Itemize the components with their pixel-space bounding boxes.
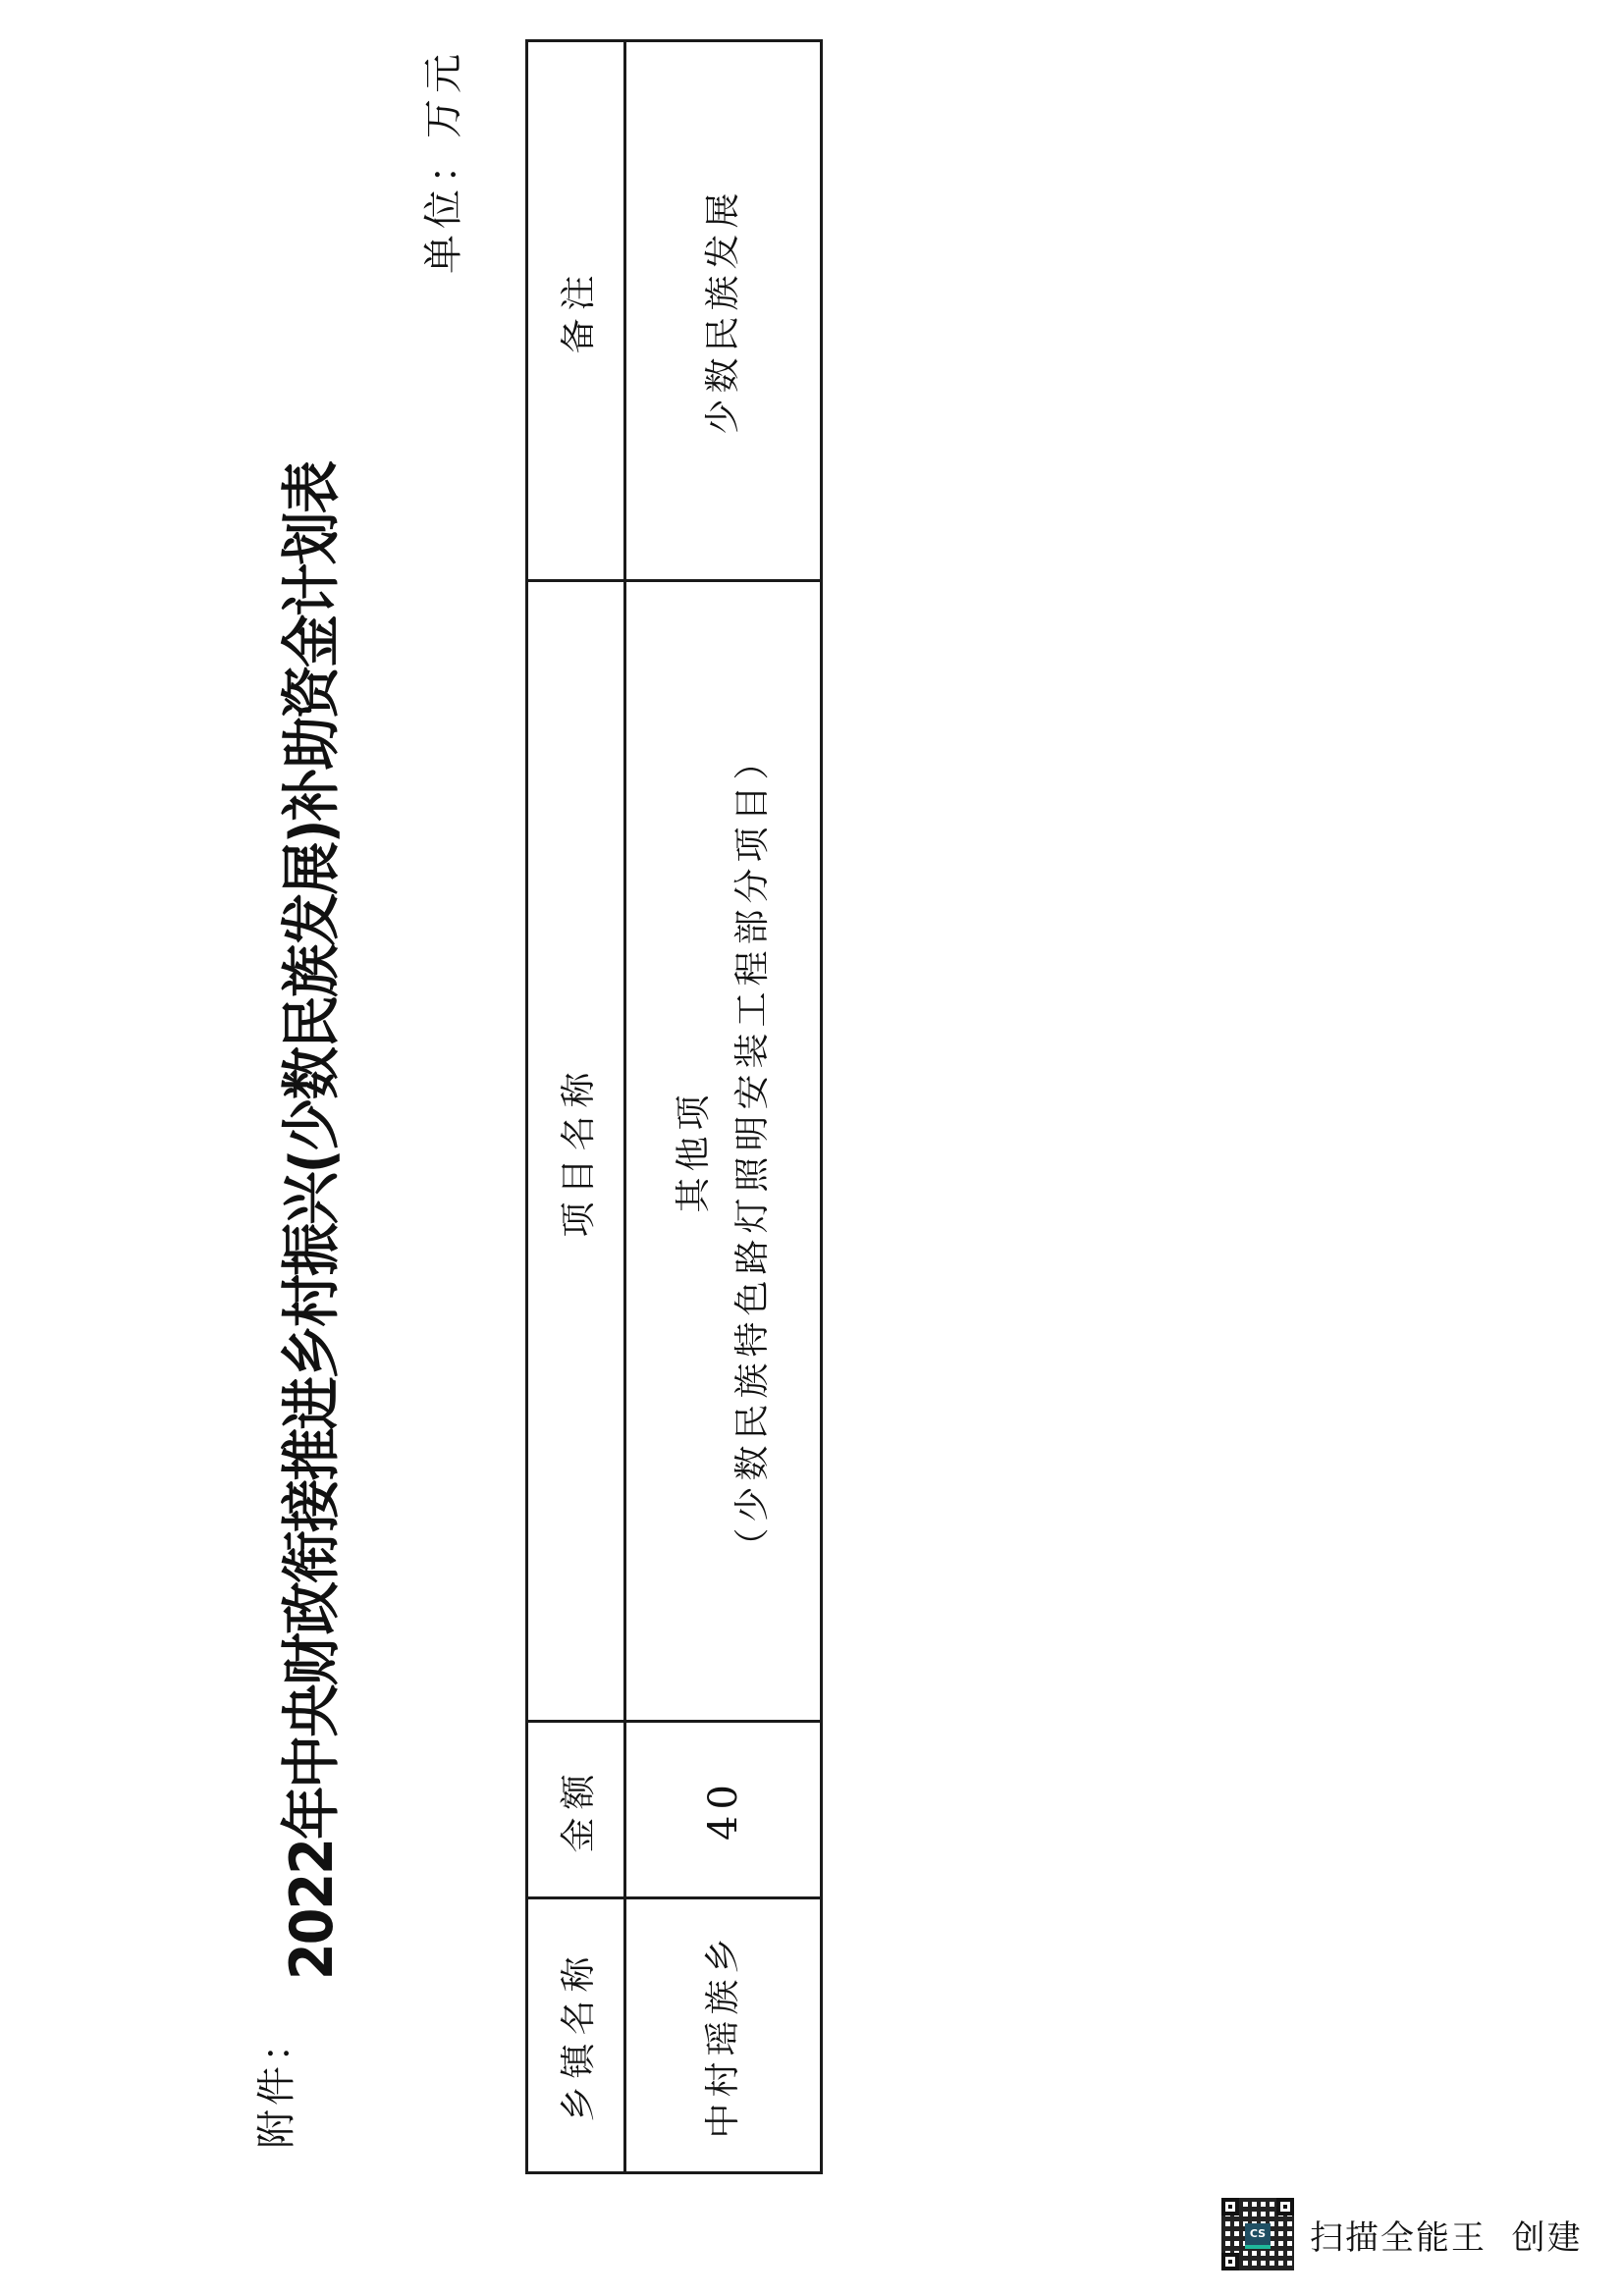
project-detail: （少数民族特色路灯照明安装工程部分项目） [724, 592, 783, 1710]
unit-label: 单位：万元 [412, 48, 468, 274]
scanner-watermark: CS 扫描全能王 创建 [1219, 2195, 1583, 2273]
table-header-row: 乡镇名称 金额 项目名称 备注 [527, 41, 625, 2173]
cell-remark: 少数民族发展 [625, 41, 822, 581]
cell-town: 中村瑶族乡 [625, 1898, 822, 2173]
scanned-page: 附件： 2022年中央财政衔接推进乡村振兴(少数民族发展)补助资金计划表 单位：… [0, 0, 1623, 2296]
table-row: 中村瑶族乡 40 其他项 （少数民族特色路灯照明安装工程部分项目） 少数民族发展 [625, 41, 822, 2173]
header-town: 乡镇名称 [527, 1898, 625, 2173]
cell-project: 其他项 （少数民族特色路灯照明安装工程部分项目） [625, 581, 822, 1722]
funding-plan-table: 乡镇名称 金额 项目名称 备注 中村瑶族乡 40 其他项 （少数民族特色路灯照明… [525, 39, 823, 2174]
watermark-text: 扫描全能王 创建 [1310, 2211, 1583, 2259]
header-amount: 金额 [527, 1722, 625, 1898]
camscanner-logo-icon: CS [1245, 2223, 1271, 2249]
document-title: 2022年中央财政衔接推进乡村振兴(少数民族发展)补助资金计划表 [265, 382, 350, 2060]
header-remark: 备注 [527, 41, 625, 581]
qr-code-icon: CS [1219, 2196, 1296, 2272]
cell-amount: 40 [625, 1722, 822, 1898]
project-category: 其他项 [665, 592, 724, 1710]
header-project: 项目名称 [527, 581, 625, 1722]
